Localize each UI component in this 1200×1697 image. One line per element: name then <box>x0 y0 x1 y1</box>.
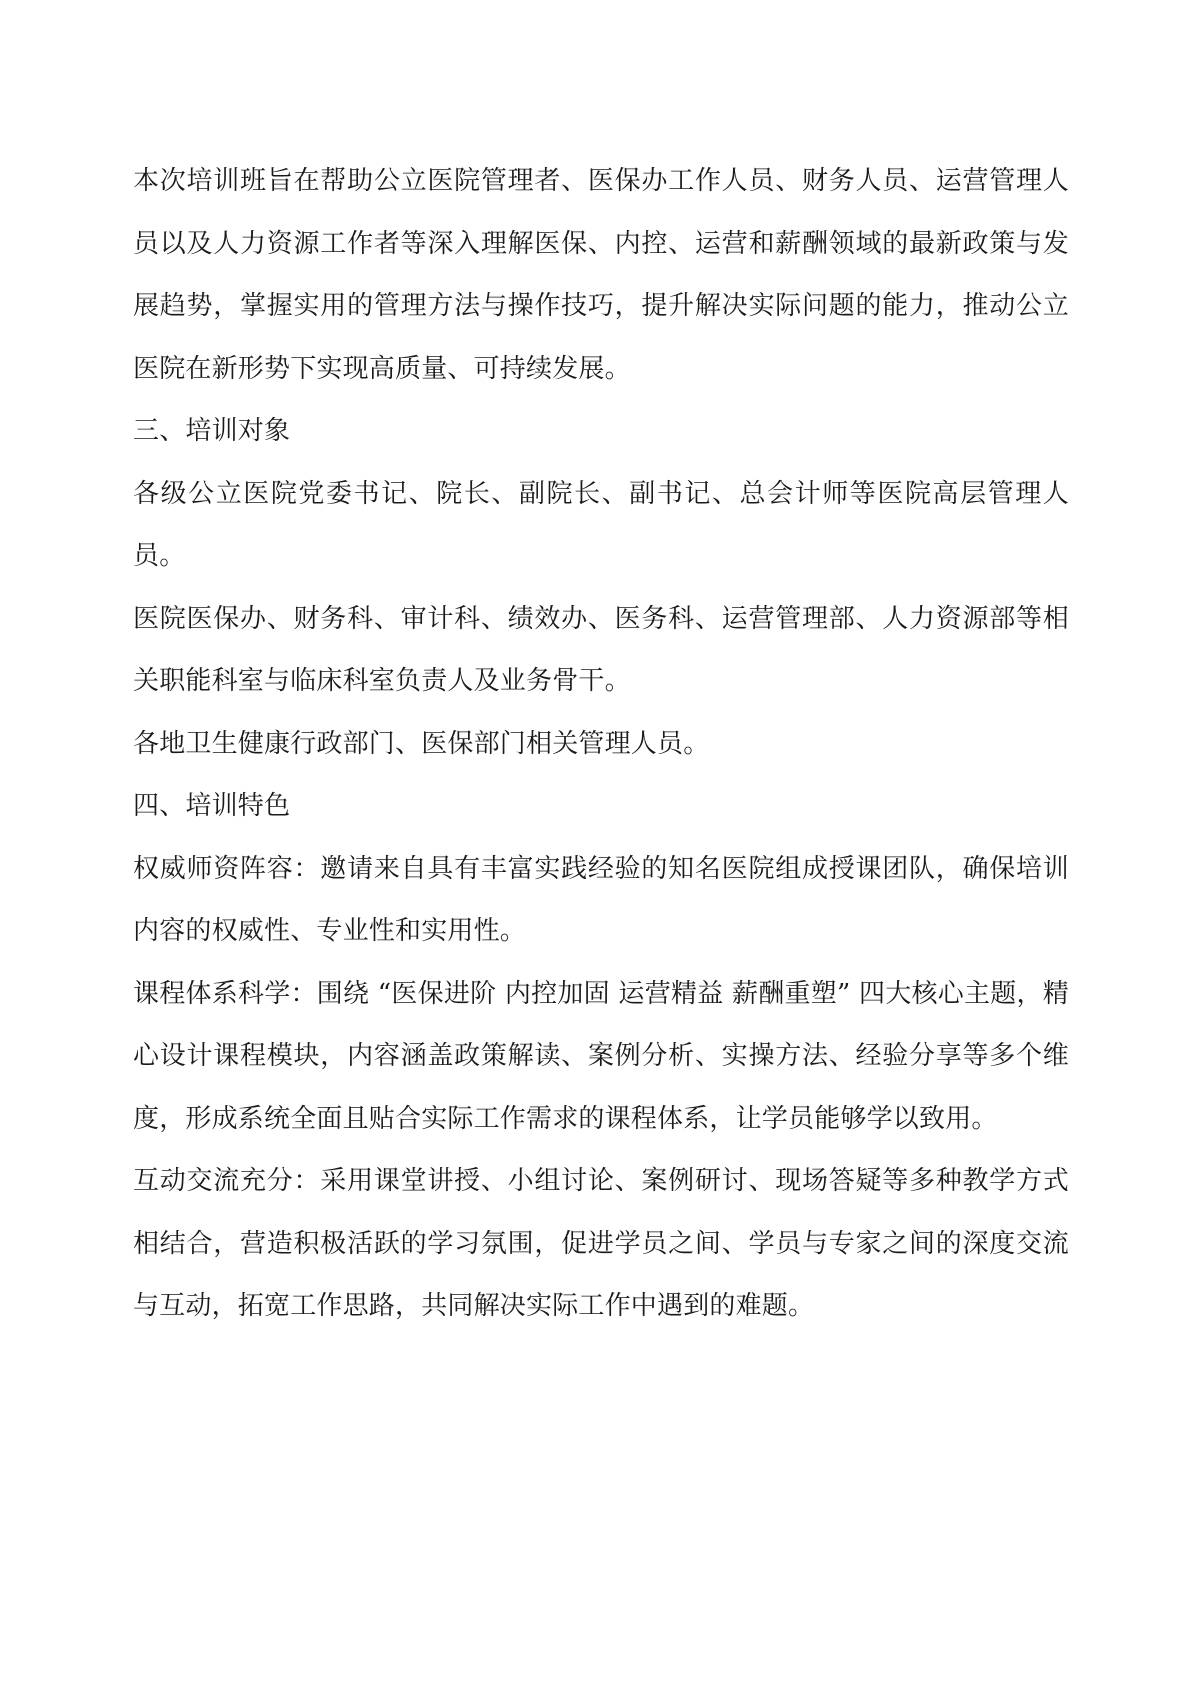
section-heading-training-targets: 三、培训对象 <box>133 400 1069 463</box>
purpose-paragraph: 本次培训班旨在帮助公立医院管理者、医保办工作人员、财务人员、运营管理人员以及人力… <box>133 150 1069 400</box>
document-page: 本次培训班旨在帮助公立医院管理者、医保办工作人员、财务人员、运营管理人员以及人力… <box>133 150 1069 1338</box>
section-heading-training-features: 四、培训特色 <box>133 775 1069 838</box>
feature-faculty-paragraph: 权威师资阵容：邀请来自具有丰富实践经验的知名医院组成授课团队，确保培训内容的权威… <box>133 838 1069 963</box>
feature-curriculum-paragraph: 课程体系科学：围绕 “医保进阶 内控加固 运营精益 薪酬重塑” 四大核心主题，精… <box>133 963 1069 1151</box>
target-senior-management-paragraph: 各级公立医院党委书记、院长、副院长、副书记、总会计师等医院高层管理人员。 <box>133 463 1069 588</box>
target-administrative-paragraph: 各地卫生健康行政部门、医保部门相关管理人员。 <box>133 713 1069 776</box>
target-departments-paragraph: 医院医保办、财务科、审计科、绩效办、医务科、运营管理部、人力资源部等相关职能科室… <box>133 588 1069 713</box>
feature-interaction-paragraph: 互动交流充分：采用课堂讲授、小组讨论、案例研讨、现场答疑等多种教学方式相结合，营… <box>133 1150 1069 1338</box>
